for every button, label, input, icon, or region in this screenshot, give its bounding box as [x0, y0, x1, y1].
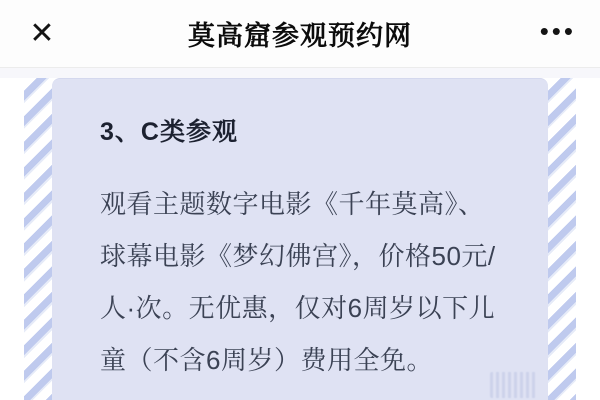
notice-panel: 3、C类参观 观看主题数字电影《千年莫高》、 球幕电影《梦幻佛宫》，价格50元/…	[52, 78, 548, 400]
notice-paragraph-line: 人·次。无优惠，仅对6周岁以下儿	[100, 282, 522, 334]
notice-heading: 3、C类参观	[100, 112, 522, 148]
notice-image: 3、C类参观 观看主题数字电影《千年莫高》、 球幕电影《梦幻佛宫》，价格50元/…	[24, 78, 576, 400]
notice-paragraph-line: 童（不含6周岁）费用全免。	[100, 334, 522, 386]
top-bar: ✕ 莫高窟参观预约网 •••	[0, 0, 600, 68]
page-background-strip	[0, 68, 600, 78]
close-icon[interactable]: ✕	[22, 14, 62, 54]
page-title: 莫高窟参观预约网	[188, 14, 412, 53]
notice-paragraph-line: 观看主题数字电影《千年莫高》、	[100, 178, 522, 230]
right-stripe-border	[548, 78, 576, 400]
notice-paragraph-line: 球幕电影《梦幻佛宫》，价格50元/	[100, 230, 522, 282]
left-stripe-border	[24, 78, 52, 400]
notice-paragraph: 观看主题数字电影《千年莫高》、 球幕电影《梦幻佛宫》，价格50元/ 人·次。无优…	[100, 178, 522, 386]
more-options-icon[interactable]: •••	[540, 14, 576, 54]
watermark	[490, 372, 538, 398]
